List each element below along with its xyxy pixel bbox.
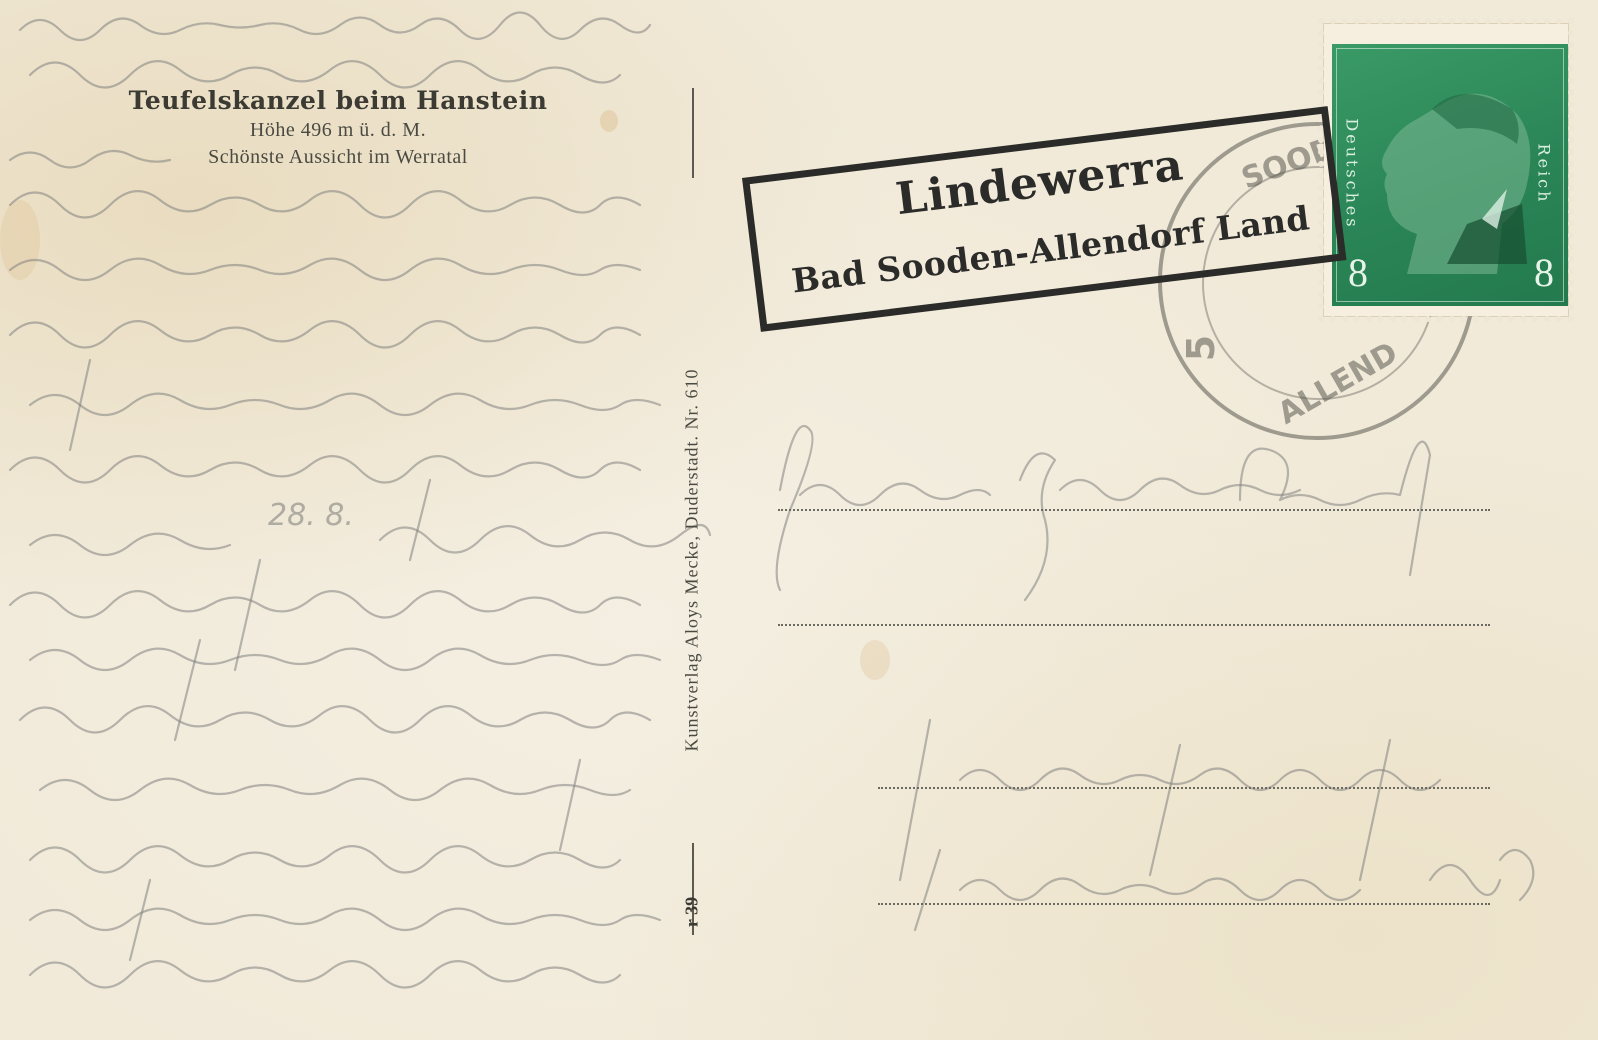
- printed-elevation: Höhe 496 m ü. d. M.: [0, 119, 676, 142]
- publisher-imprint: Kunstverlag Aloys Mecke, Duderstadt. Nr.…: [682, 369, 703, 752]
- address-line-3: [878, 787, 1490, 789]
- stamp-text-right: Reich: [1535, 144, 1554, 205]
- portrait-icon: [1372, 74, 1542, 274]
- stamp-face: Deutsches Reich 8 8: [1332, 44, 1568, 306]
- postmark-date: 5: [1179, 335, 1223, 361]
- message-date: 28. 8.: [268, 498, 354, 533]
- printed-title: Teufelskanzel beim Hanstein: [0, 86, 676, 115]
- series-code: r 39: [682, 897, 703, 927]
- stamp-value-left: 8: [1348, 249, 1368, 296]
- printed-tagline: Schönste Aussicht im Werratal: [0, 146, 676, 169]
- address-line-4: [878, 903, 1490, 905]
- postcard: Teufelskanzel beim Hanstein Höhe 496 m ü…: [0, 0, 1598, 1040]
- address-line-2: [778, 624, 1490, 626]
- postage-stamp: Deutsches Reich 8 8: [1324, 24, 1568, 316]
- address-line-1: [778, 509, 1490, 511]
- stamp-value-right: 8: [1534, 249, 1554, 296]
- divider-line-top: [692, 88, 694, 178]
